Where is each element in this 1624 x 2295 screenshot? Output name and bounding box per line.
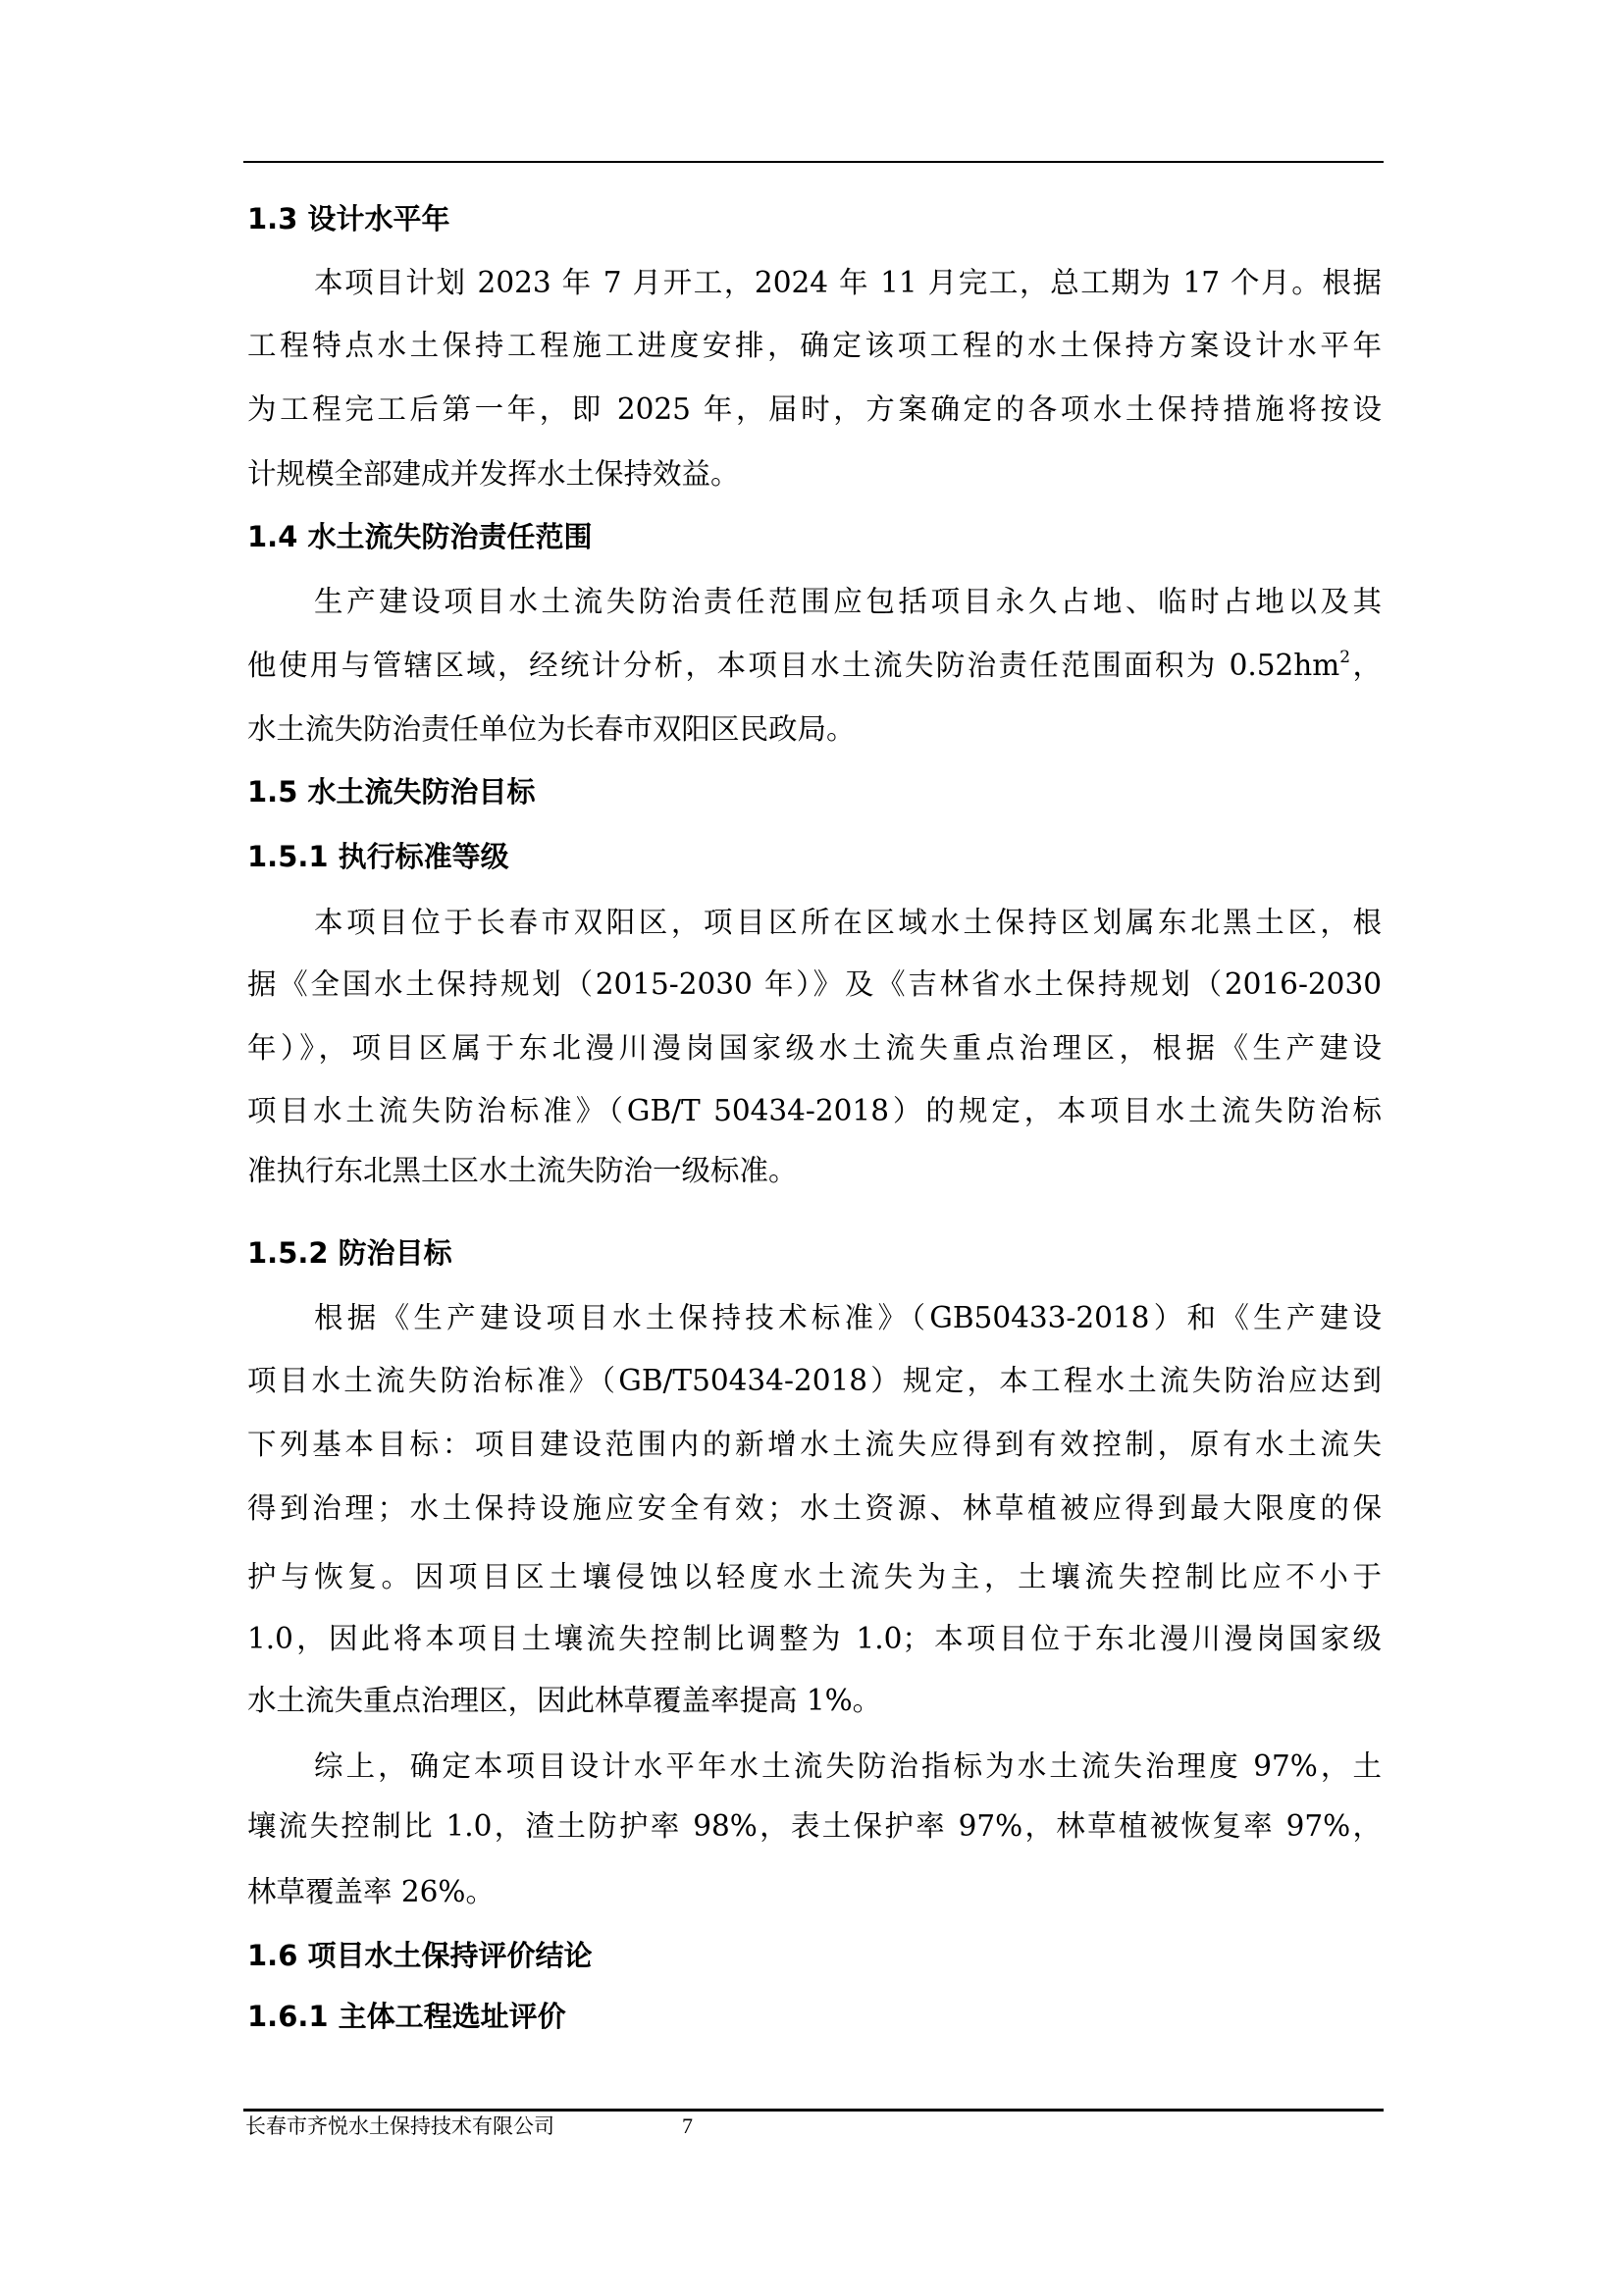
heading-1-6-1: 1.6.1 主体工程选址评价 [247,1999,1382,2034]
paragraph-line: 水土流失重点治理区，因此林草覆盖率提高 1%。 [247,1683,1382,1718]
paragraph-line: 壤流失控制比 1.0，渣土防护率 98%，表土保护率 97%，林草植被恢复率 9… [247,1808,1382,1844]
header-rule [243,161,1384,163]
paragraph-line: 生产建设项目水土流失防治责任范围应包括项目永久占地、临时占地以及其 [314,584,1382,619]
area-text: 他使用与管辖区域，经统计分析，本项目水土流失防治责任范围面积为 0.52hm [247,649,1339,682]
heading-1-5: 1.5 水土流失防治目标 [247,774,1382,809]
paragraph-line: 综上，确定本项目设计水平年水土流失防治指标为水土流失治理度 97%，土 [314,1748,1382,1784]
footer-rule [243,2109,1384,2112]
paragraph-line: 林草覆盖率 26%。 [247,1874,1382,1909]
paragraph-line: 准执行东北黑土区水土流失防治一级标准。 [247,1153,1382,1188]
paragraph-line: 根据《生产建设项目水土保持技术标准》（GB50433-2018）和《生产建设 [314,1300,1382,1335]
area-suffix: ， [1350,649,1382,682]
paragraph-line: 1.0，因此将本项目土壤流失控制比调整为 1.0；本项目位于东北漫川漫岗国家级 [247,1621,1382,1656]
paragraph-line: 为工程完工后第一年，即 2025 年，届时，方案确定的各项水土保持措施将按设 [247,391,1382,427]
paragraph-line: 项目水土流失防治标准》（GB/T50434-2018）规定，本工程水土流失防治应… [247,1363,1382,1398]
paragraph-line: 水土流失防治责任单位为长春市双阳区民政局。 [247,711,1382,747]
paragraph-line: 项目水土流失防治标准》（GB/T 50434-2018）的规定，本项目水土流失防… [247,1093,1382,1128]
paragraph-line: 得到治理；水土保持设施应安全有效；水土资源、林草植被应得到最大限度的保 [247,1490,1382,1526]
heading-1-5-2: 1.5.2 防治目标 [247,1235,1382,1271]
paragraph-line: 年）》，项目区属于东北漫川漫岗国家级水土流失重点治理区，根据《生产建设 [247,1030,1382,1066]
paragraph-line-area: 他使用与管辖区域，经统计分析，本项目水土流失防治责任范围面积为 0.52hm2， [247,648,1382,683]
paragraph-line: 本项目位于长春市双阳区，项目区所在区域水土保持区划属东北黑土区，根 [314,905,1382,940]
page-number: 7 [682,2113,693,2139]
paragraph-line: 本项目计划 2023 年 7 月开工，2024 年 11 月完工，总工期为 17… [314,265,1382,300]
paragraph-line: 工程特点水土保持工程施工进度安排，确定该项工程的水土保持方案设计水平年 [247,328,1382,363]
paragraph-line: 下列基本目标：项目建设范围内的新增水土流失应得到有效控制，原有水土流失 [247,1427,1382,1462]
paragraph-line: 护与恢复。因项目区土壤侵蚀以轻度水土流失为主，土壤流失控制比应不小于 [247,1559,1382,1594]
paragraph-line: 计规模全部建成并发挥水土保持效益。 [247,456,1382,492]
heading-1-6: 1.6 项目水土保持评价结论 [247,1938,1382,1973]
area-superscript: 2 [1339,648,1350,667]
heading-1-5-1: 1.5.1 执行标准等级 [247,839,1382,874]
heading-1-3: 1.3 设计水平年 [247,201,1382,236]
footer-company: 长春市齐悦水土保持技术有限公司 [245,2113,554,2139]
paragraph-line: 据《全国水土保持规划（2015-2030 年）》及《吉林省水土保持规划（2016… [247,966,1382,1002]
heading-1-4: 1.4 水土流失防治责任范围 [247,519,1382,554]
